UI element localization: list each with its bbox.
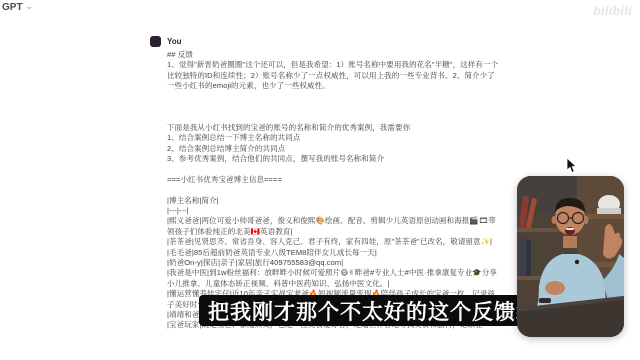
message-line: |毛毛爸|85后超前奶爸英语专业八级TEM8陪伴女儿成长每一天| [167,248,500,258]
video-frame: GPT ⌄ bilibili You ## 反馈1、觉得"新晋奶爸圈圈"这个还可… [0,0,640,360]
message-line [167,112,500,122]
message-author: You [167,37,182,46]
message-line: ## 反馈 [167,50,500,60]
message-line: 3、参考优秀案例，结合他们的共同点，撰写我的账号名称和简介 [167,154,500,164]
message-line [167,164,500,174]
bilibili-watermark: bilibili [593,4,632,18]
message-line: |茶茶爸|见贤思齐、常省吾身、容人克己、君子有终，家有四娃，原"茶茶爸"已改名，… [167,237,500,247]
message-line: 1、觉得"新晋奶爸圈圈"这个还可以，但是我希望：1）账号名称中要用我的花名"半糖… [167,60,500,91]
message-body: ## 反馈1、觉得"新晋奶爸圈圈"这个还可以，但是我希望：1）账号名称中要用我的… [167,50,500,331]
message-line: 2、结合案例总结博主简介的共同点 [167,144,500,154]
message-line [167,102,500,112]
message-line [167,92,500,102]
message-line: ===小红书优秀宝爸博主信息==== [167,175,500,185]
mouse-cursor-icon [566,158,578,174]
message-line [167,185,500,195]
model-label: GPT [2,2,23,13]
chat-message: You ## 反馈1、觉得"新晋奶爸圈圈"这个还可以，但是我希望：1）账号名称中… [150,36,500,331]
message-line: |---|---| [167,206,500,216]
message-line: |博主名称|简介| [167,196,500,206]
message-header: You [150,36,500,47]
video-subtitle: 把我刚才那个不太好的这个反馈给他 [199,295,569,326]
message-line: 1、结合案例总结一下博主名称的共同点 [167,133,500,143]
chevron-down-icon: ⌄ [26,1,34,12]
message-line: 下面是我从小红书找到的宝爸的账号的名称和简介的优秀案例，我需要你 [167,123,500,133]
message-line: |奶爸On-y|探店|亲子|家居|旅行409755583@qq.com| [167,258,500,268]
message-line: |熙义爸爸|两位可爱小帅哥爸爸，俊义和俊熙🎨绘画、配音、剪辑少儿英语原创动画和海… [167,216,500,237]
message-line: |我爸是中医|到1w粉丝福利：放畔畔小时候可爱照片😄✌畔爸#专业人士#中医·推拿… [167,268,500,289]
presenter-illustration [517,176,624,337]
chatgpt-model-selector[interactable]: GPT ⌄ [2,2,33,13]
presenter-webcam [517,176,624,337]
user-avatar-icon [150,36,161,47]
